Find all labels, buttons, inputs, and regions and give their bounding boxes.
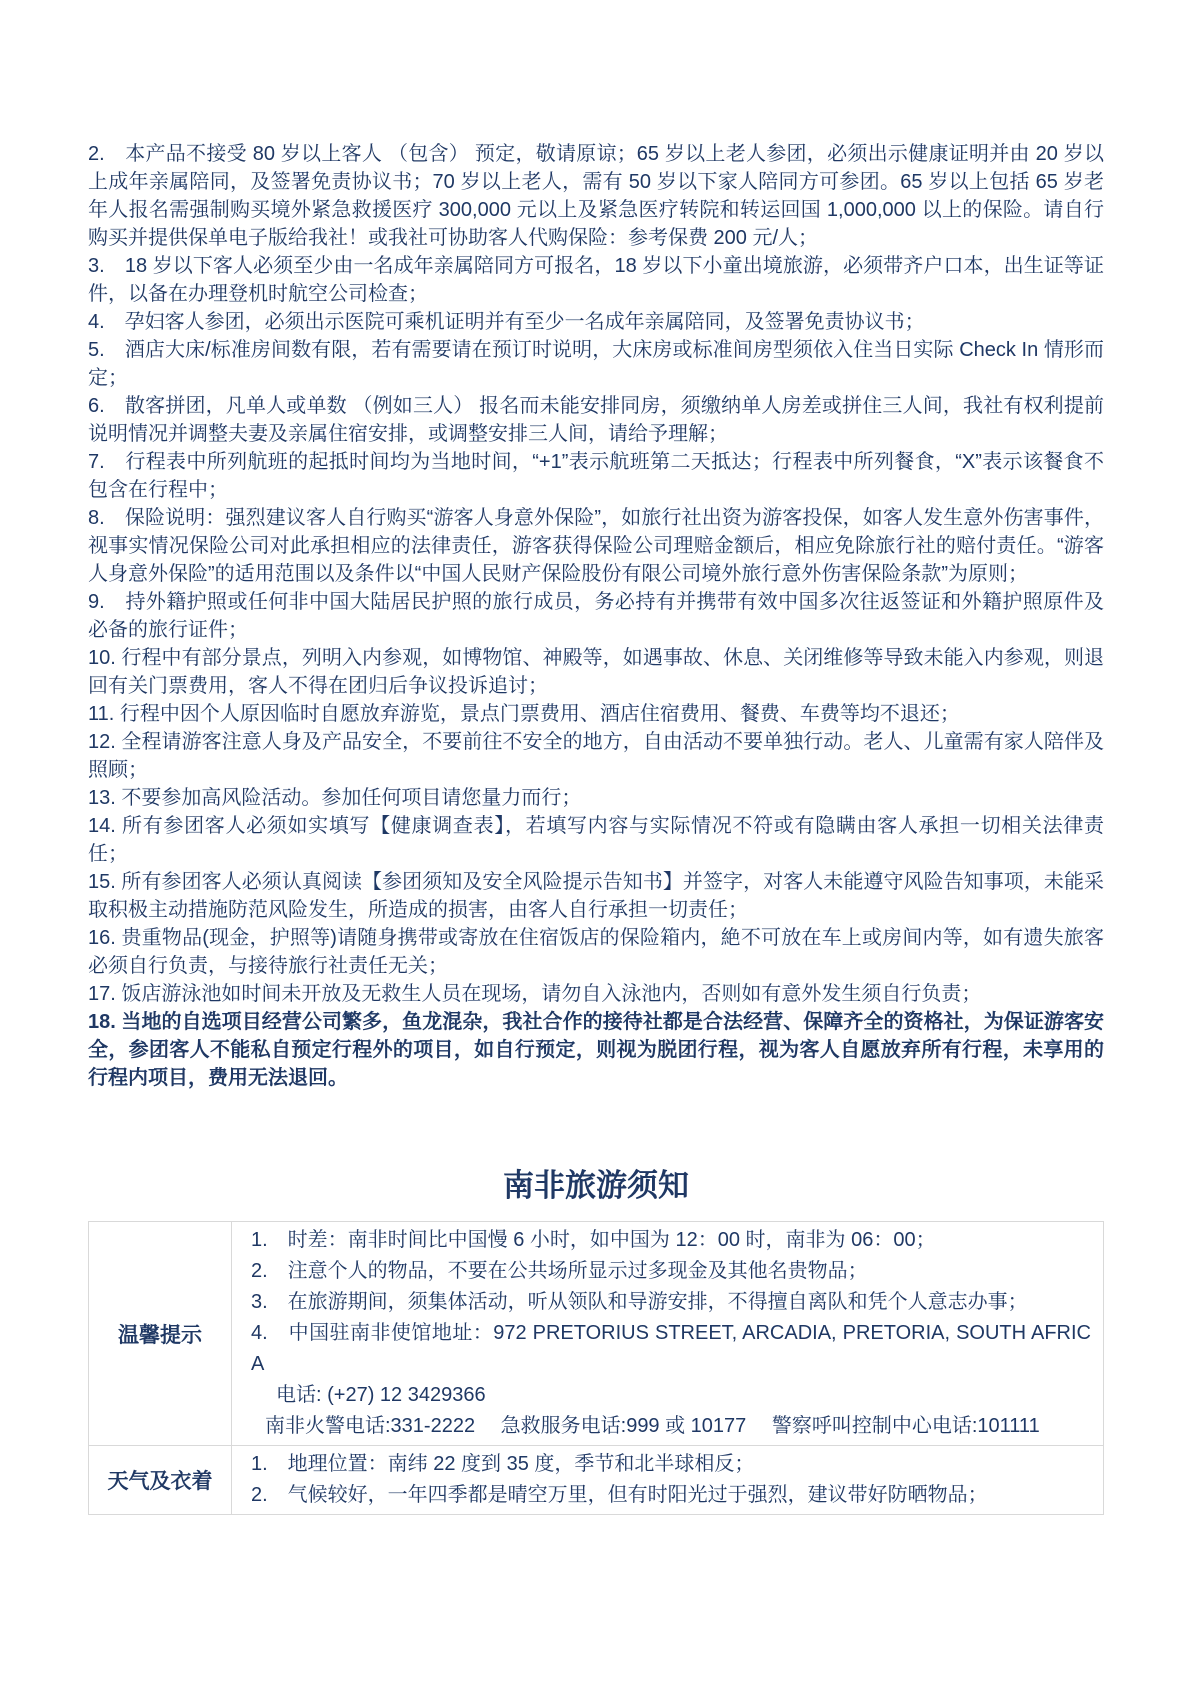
notice-item-14: 14. 所有参团客人必须如实填写【健康调查表】，若填写内容与实际情况不符或有隐瞒… [88,812,1104,868]
notice-item-4: 4. 孕妇客人参团，必须出示医院可乘机证明并有至少一名成年亲属陪同，及签署免责协… [88,308,1104,336]
tips-line-emergency-phones: 南非火警电话:331-2222 急救服务电话:999 或 10177 警察呼叫控… [251,1411,1091,1442]
tips-line-3: 3. 在旅游期间，须集体活动，听从领队和导游安排，不得擅自离队和凭个人意志办事； [251,1287,1091,1318]
table-row-weather: 天气及衣着 1. 地理位置：南纬 22 度到 35 度，季节和北半球相反； 2.… [89,1446,1104,1515]
notice-item-7: 7. 行程表中所列航班的起抵时间均为当地时间，“+1”表示航班第二天抵达；行程表… [88,448,1104,504]
tips-line-1: 1. 时差：南非时间比中国慢 6 小时，如中国为 12：00 时，南非为 06：… [251,1225,1091,1256]
notice-item-13: 13. 不要参加高风险活动。参加任何项目请您量力而行； [88,784,1104,812]
page-title: 南非旅游须知 [88,1164,1104,1207]
notice-item-18-bold: 18. 当地的自选项目经营公司繁多，鱼龙混杂，我社合作的接待社都是合法经营、保障… [88,1008,1104,1092]
notice-item-12: 12. 全程请游客注意人身及产品安全，不要前往不安全的地方，自由活动不要单独行动… [88,728,1104,784]
notice-item-16: 16. 贵重物品(现金，护照等)请随身携带或寄放在住宿饭店的保险箱内，絶不可放在… [88,924,1104,980]
notice-item-11: 11. 行程中因个人原因临时自愿放弃游览，景点门票费用、酒店住宿费用、餐费、车费… [88,700,1104,728]
notice-item-3: 3. 18 岁以下客人必须至少由一名成年亲属陪同方可报名，18 岁以下小童出境旅… [88,252,1104,308]
notice-item-8: 8. 保险说明：强烈建议客人自行购买“游客人身意外保险”，如旅行社出资为游客投保… [88,504,1104,588]
row-content-weather: 1. 地理位置：南纬 22 度到 35 度，季节和北半球相反； 2. 气候较好，… [232,1446,1104,1515]
notices-section: 2. 本产品不接受 80 岁以上客人 （包含） 预定，敬请原谅；65 岁以上老人… [88,140,1104,1092]
notice-item-2: 2. 本产品不接受 80 岁以上客人 （包含） 预定，敬请原谅；65 岁以上老人… [88,140,1104,252]
notice-item-9: 9. 持外籍护照或任何非中国大陆居民护照的旅行成员，务必持有并携带有效中国多次往… [88,588,1104,644]
notice-item-17: 17. 饭店游泳池如时间未开放及无救生人员在现场，请勿自入泳池内，否则如有意外发… [88,980,1104,1008]
tips-line-4: 4. 中国驻南非使馆地址：972 PRETORIUS STREET, ARCAD… [251,1318,1091,1380]
row-header-weather: 天气及衣着 [89,1446,232,1515]
notice-item-10: 10. 行程中有部分景点，列明入内参观，如博物馆、神殿等，如遇事故、休息、关闭维… [88,644,1104,700]
travel-info-table: 温馨提示 1. 时差：南非时间比中国慢 6 小时，如中国为 12：00 时，南非… [88,1221,1104,1515]
weather-line-2: 2. 气候较好，一年四季都是晴空万里，但有时阳光过于强烈，建议带好防晒物品； [251,1480,1091,1511]
notice-item-5: 5. 酒店大床/标准房间数有限，若有需要请在预订时说明，大床房或标准间房型须依入… [88,336,1104,392]
tips-line-2: 2. 注意个人的物品，不要在公共场所显示过多现金及其他名贵物品； [251,1256,1091,1287]
notice-item-6: 6. 散客拼团，凡单人或单数 （例如三人） 报名而未能安排同房，须缴纳单人房差或… [88,392,1104,448]
notice-item-15: 15. 所有参团客人必须认真阅读【参团须知及安全风险提示告知书】并签字，对客人未… [88,868,1104,924]
row-content-tips: 1. 时差：南非时间比中国慢 6 小时，如中国为 12：00 时，南非为 06：… [232,1222,1104,1446]
table-row-tips: 温馨提示 1. 时差：南非时间比中国慢 6 小时，如中国为 12：00 时，南非… [89,1222,1104,1446]
weather-line-1: 1. 地理位置：南纬 22 度到 35 度，季节和北半球相反； [251,1449,1091,1480]
document-page: 2. 本产品不接受 80 岁以上客人 （包含） 预定，敬请原谅；65 岁以上老人… [0,0,1190,1683]
tips-line-phone: 电话: (+27) 12 3429366 [251,1380,1091,1411]
row-header-tips: 温馨提示 [89,1222,232,1446]
